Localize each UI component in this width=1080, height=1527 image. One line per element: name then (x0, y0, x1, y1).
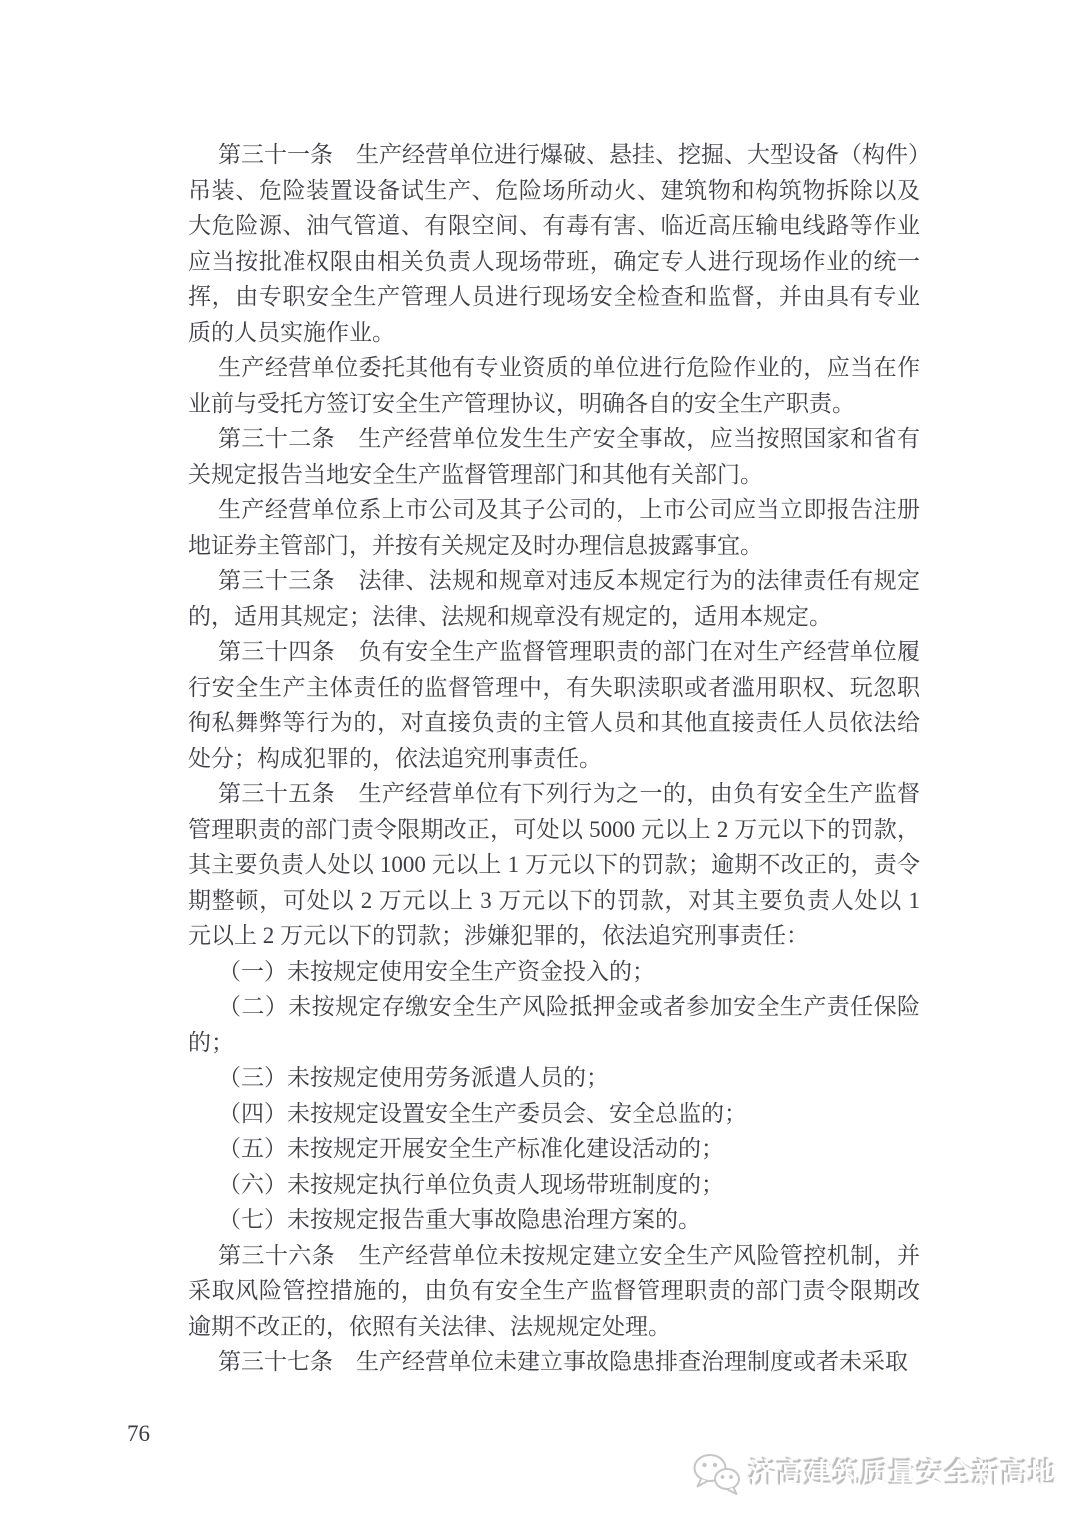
text-line: 第三十三条 法律、法规和规章对违反本规定行为的法律责任有规定 (188, 563, 920, 599)
listed-company-paragraph: 生产经营单位系上市公司及其子公司的，上市公司应当立即报告注册 地证券主管部门，并… (188, 492, 920, 563)
text-line: 质的人员实施作业。 (188, 315, 920, 351)
watermark-text: 济高建筑质量安全新高地 (749, 1460, 1057, 1488)
text-line: 的，适用其规定；法律、法规和规章没有规定的，适用本规定。 (188, 599, 920, 635)
violation-item-1: （一）未按规定使用安全生产资金投入的； (188, 954, 920, 990)
text-line: （五）未按规定开展安全生产标准化建设活动的； (188, 1131, 920, 1167)
text-line: 的； (188, 1025, 920, 1061)
delegation-paragraph: 生产经营单位委托其他有专业资质的单位进行危险作业的，应当在作 业前与受托方签订安… (188, 350, 920, 421)
text-line: （二）未按规定存缴安全生产风险抵押金或者参加安全生产责任保险 (188, 989, 920, 1025)
text-line: （三）未按规定使用劳务派遣人员的； (188, 1060, 920, 1096)
article-36-paragraph: 第三十六条 生产经营单位未按规定建立安全生产风险管控机制，并 采取风险管控措施的… (188, 1238, 920, 1345)
text-line: 生产经营单位系上市公司及其子公司的，上市公司应当立即报告注册 (188, 492, 920, 528)
text-line: 应当按批准权限由相关负责人现场带班，确定专人进行现场作业的统一指 (188, 244, 920, 280)
page-number: 76 (127, 1419, 150, 1449)
text-line: 第三十七条 生产经营单位未建立事故隐患排查治理制度或者未采取 (188, 1344, 920, 1380)
text-line: 期整顿，可处以 2 万元以上 3 万元以下的罚款，对其主要负责人处以 1 万 (188, 883, 920, 919)
text-line: 第三十二条 生产经营单位发生生产安全事故，应当按照国家和省有 (188, 421, 920, 457)
text-line: （一）未按规定使用安全生产资金投入的； (188, 954, 920, 990)
text-line: 处分；构成犯罪的，依法追究刑事责任。 (188, 741, 920, 777)
text-line: （七）未按规定报告重大事故隐患治理方案的。 (188, 1202, 920, 1238)
article-31-paragraph: 第三十一条 生产经营单位进行爆破、悬挂、挖掘、大型设备（构件） 吊装、危险装置设… (188, 137, 920, 350)
text-line: 挥，由专职安全生产管理人员进行现场安全检查和监督，并由具有专业资 (188, 279, 920, 315)
wechat-icon (692, 1451, 741, 1498)
violation-item-4: （四）未按规定设置安全生产委员会、安全总监的； (188, 1096, 920, 1132)
text-line: 业前与受托方签订安全生产管理协议，明确各自的安全生产职责。 (188, 386, 920, 422)
article-33-paragraph: 第三十三条 法律、法规和规章对违反本规定行为的法律责任有规定 的，适用其规定；法… (188, 563, 920, 634)
text-line: 第三十一条 生产经营单位进行爆破、悬挂、挖掘、大型设备（构件） (188, 137, 920, 173)
text-line: （四）未按规定设置安全生产委员会、安全总监的； (188, 1096, 920, 1132)
text-line: 第三十六条 生产经营单位未按规定建立安全生产风险管控机制，并 (188, 1238, 920, 1274)
document-page: 第三十一条 生产经营单位进行爆破、悬挂、挖掘、大型设备（构件） 吊装、危险装置设… (0, 0, 1080, 1527)
violation-item-5: （五）未按规定开展安全生产标准化建设活动的； (188, 1131, 920, 1167)
text-line: 其主要负责人处以 1000 元以上 1 万元以下的罚款；逾期不改正的，责令限 (188, 847, 920, 883)
violation-item-2: （二）未按规定存缴安全生产风险抵押金或者参加安全生产责任保险 的； (188, 989, 920, 1060)
text-line: 生产经营单位委托其他有专业资质的单位进行危险作业的，应当在作 (188, 350, 920, 386)
text-line: 关规定报告当地安全生产监督管理部门和其他有关部门。 (188, 457, 920, 493)
article-35-paragraph: 第三十五条 生产经营单位有下列行为之一的，由负有安全生产监督 管理职责的部门责令… (188, 776, 920, 954)
violation-item-3: （三）未按规定使用劳务派遣人员的； (188, 1060, 920, 1096)
text-line: 吊装、危险装置设备试生产、危险场所动火、建筑物和构筑物拆除以及重 (188, 173, 920, 209)
text-line: 逾期不改正的，依照有关法律、法规规定处理。 (188, 1309, 920, 1345)
text-line: 第三十五条 生产经营单位有下列行为之一的，由负有安全生产监督 (188, 776, 920, 812)
article-32-paragraph: 第三十二条 生产经营单位发生生产安全事故，应当按照国家和省有 关规定报告当地安全… (188, 421, 920, 492)
text-line: 第三十四条 负有安全生产监督管理职责的部门在对生产经营单位履 (188, 634, 920, 670)
text-line: 采取风险管控措施的，由负有安全生产监督管理职责的部门责令限期改正； (188, 1273, 920, 1309)
watermark: 济高建筑质量安全新高地 (692, 1448, 1057, 1500)
text-line: 管理职责的部门责令限期改正，可处以 5000 元以上 2 万元以下的罚款，对 (188, 812, 920, 848)
text-line: 地证券主管部门，并按有关规定及时办理信息披露事宜。 (188, 528, 920, 564)
article-34-paragraph: 第三十四条 负有安全生产监督管理职责的部门在对生产经营单位履 行安全生产主体责任… (188, 634, 920, 776)
text-line: 元以上 2 万元以下的罚款；涉嫌犯罪的，依法追究刑事责任： (188, 918, 920, 954)
text-line: 徇私舞弊等行为的，对直接负责的主管人员和其他直接责任人员依法给予 (188, 705, 920, 741)
document-body: 第三十一条 生产经营单位进行爆破、悬挂、挖掘、大型设备（构件） 吊装、危险装置设… (188, 137, 920, 1380)
text-line: 行安全生产主体责任的监督管理中，有失职渎职或者滥用职权、玩忽职守、 (188, 670, 920, 706)
text-line: （六）未按规定执行单位负责人现场带班制度的； (188, 1167, 920, 1203)
violation-item-7: （七）未按规定报告重大事故隐患治理方案的。 (188, 1202, 920, 1238)
text-line: 大危险源、油气管道、有限空间、有毒有害、临近高压输电线路等作业的， (188, 208, 920, 244)
article-37-paragraph: 第三十七条 生产经营单位未建立事故隐患排查治理制度或者未采取 (188, 1344, 920, 1380)
violation-item-6: （六）未按规定执行单位负责人现场带班制度的； (188, 1167, 920, 1203)
